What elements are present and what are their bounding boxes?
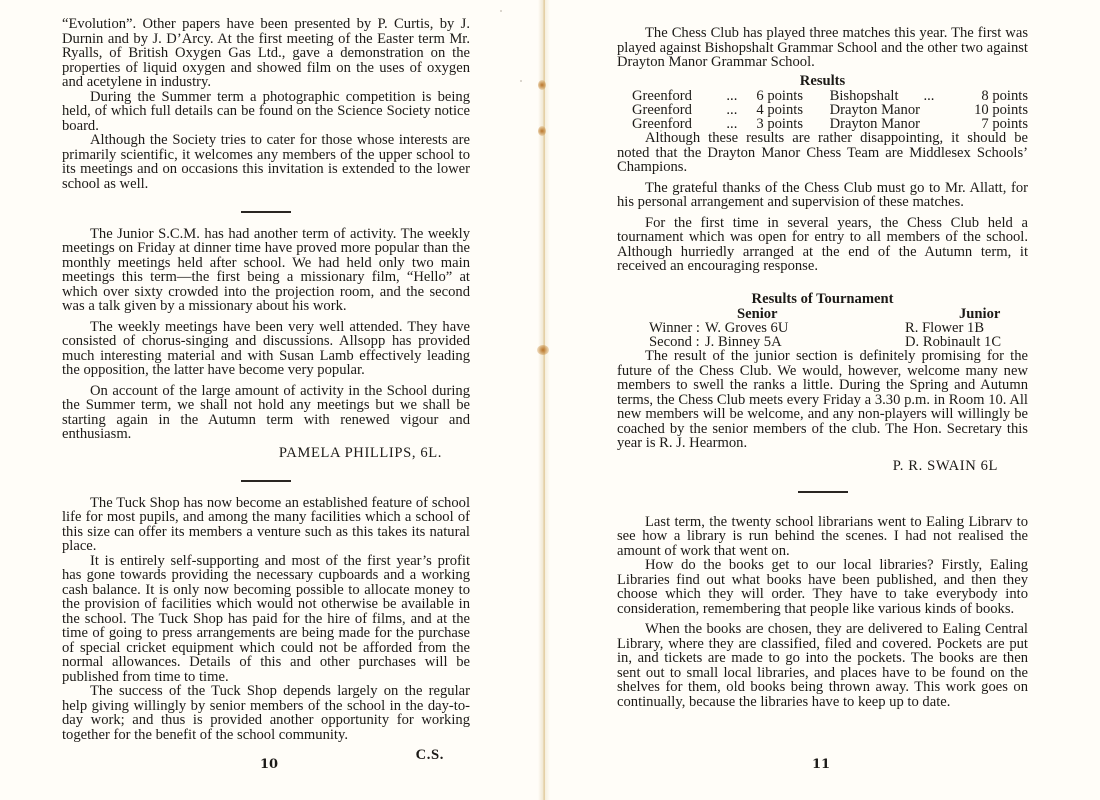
paragraph: Although these results are rather disapp… xyxy=(617,131,1028,175)
team-cell: Greenford xyxy=(632,89,726,103)
table-row: Greenford ... 3 points Drayton Manor 7 p… xyxy=(632,117,1028,131)
team-cell: Greenford xyxy=(632,117,726,131)
paragraph: Last term, the twenty school librarians … xyxy=(617,515,1028,559)
paper-speck xyxy=(500,10,502,12)
paragraph: The weekly meetings have been very well … xyxy=(62,320,470,378)
tournament-heading: Results of Tournament xyxy=(617,292,1028,307)
table-header-row: Senior Junior xyxy=(649,307,1001,321)
team-points-cell: 3 points xyxy=(756,117,829,131)
opponent-cell: Bishopshalt xyxy=(830,89,924,103)
senior-name-cell: J. Binney 5A xyxy=(701,335,905,349)
table-row: Second : J. Binney 5A D. Robinault 1C xyxy=(649,335,1001,349)
paragraph: Although the Society tries to cater for … xyxy=(62,133,470,191)
team-points-cell: 6 points xyxy=(756,89,829,103)
placement-label: Winner : xyxy=(649,321,701,335)
paragraph: The Chess Club has played three matches … xyxy=(617,26,1028,70)
opponent-cell: Drayton Manor xyxy=(830,117,971,131)
leader-dots: ... xyxy=(726,103,756,117)
science-society-article: “Evolution”. Other papers have been pres… xyxy=(62,17,470,191)
team-points-cell: 4 points xyxy=(756,103,829,117)
right-page-text: The Chess Club has played three matches … xyxy=(617,0,1028,709)
paragraph: For the first time in several years, the… xyxy=(617,216,1028,274)
paragraph: It is entirely self-supporting and most … xyxy=(62,554,470,685)
page-number: 11 xyxy=(812,757,830,772)
senior-name-cell: W. Groves 6U xyxy=(701,321,905,335)
paragraph: The grateful thanks of the Chess Club mu… xyxy=(617,181,1028,210)
leader-dots: ... xyxy=(923,89,970,103)
opponent-cell: Drayton Manor xyxy=(830,103,971,117)
tuck-shop-article: The Tuck Shop has now become an establis… xyxy=(62,496,470,763)
author-signature: PAMELA PHILLIPS, 6L. xyxy=(62,446,470,461)
opponent-points-cell: 10 points xyxy=(970,103,1028,117)
paragraph: The Junior S.C.M. has had another term o… xyxy=(62,227,470,314)
book-gutter xyxy=(538,0,550,800)
results-heading: Results xyxy=(617,74,1028,89)
match-results-table: Greenford ... 6 points Bishopshalt ... 8… xyxy=(632,89,1028,131)
junior-name-cell: R. Flower 1B xyxy=(905,321,1001,335)
table-row: Greenford ... 4 points Drayton Manor 10 … xyxy=(632,103,1028,117)
page-number: 10 xyxy=(260,757,278,772)
paragraph: When the books are chosen, they are deli… xyxy=(617,622,1028,709)
staple-rust-mark xyxy=(538,80,546,90)
paper-speck xyxy=(520,80,522,82)
opponent-points-cell: 8 points xyxy=(970,89,1028,103)
team-cell: Greenford xyxy=(632,103,726,117)
paragraph: The result of the junior section is defi… xyxy=(617,349,1028,451)
leader-dots: ... xyxy=(726,117,756,131)
column-header-junior: Junior xyxy=(905,307,1001,321)
paragraph: The Tuck Shop has now become an establis… xyxy=(62,496,470,554)
paragraph: The success of the Tuck Shop depends lar… xyxy=(62,684,470,742)
paragraph: “Evolution”. Other papers have been pres… xyxy=(62,17,470,90)
paragraph: During the Summer term a photographic co… xyxy=(62,90,470,134)
library-article: Last term, the twenty school librarians … xyxy=(617,515,1028,710)
paragraph: On account of the large amount of activi… xyxy=(62,384,470,442)
left-page-text: “Evolution”. Other papers have been pres… xyxy=(62,0,470,763)
staple-rust-mark xyxy=(537,345,549,355)
opponent-points-cell: 7 points xyxy=(970,117,1028,131)
author-signature: P. R. SWAIN 6L xyxy=(617,459,1028,474)
table-row: Greenford ... 6 points Bishopshalt ... 8… xyxy=(632,89,1028,103)
tournament-results-table: Senior Junior Winner : W. Groves 6U R. F… xyxy=(649,307,1001,349)
table-row: Winner : W. Groves 6U R. Flower 1B xyxy=(649,321,1001,335)
junior-name-cell: D. Robinault 1C xyxy=(905,335,1001,349)
junior-scm-article: The Junior S.C.M. has had another term o… xyxy=(62,227,470,461)
column-header-senior: Senior xyxy=(701,307,905,321)
paragraph: How do the books get to our local librar… xyxy=(617,558,1028,616)
chess-club-article: The Chess Club has played three matches … xyxy=(617,26,1028,473)
staple-rust-mark xyxy=(538,126,546,136)
leader-dots: ... xyxy=(726,89,756,103)
placement-label: Second : xyxy=(649,335,701,349)
